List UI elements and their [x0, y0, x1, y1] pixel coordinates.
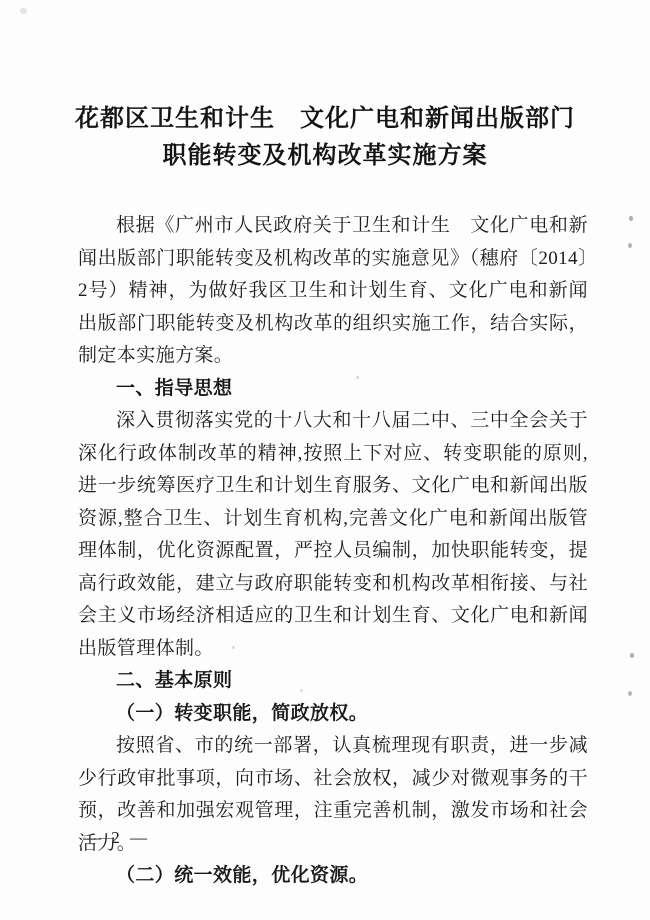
paragraph-intro: 根据《广州市人民政府关于卫生和计生 文化广电和新闻出版部门职能转变及机构改革的实…	[78, 210, 588, 373]
scan-speck	[356, 376, 359, 379]
document-body: 根据《广州市人民政府关于卫生和计生 文化广电和新闻出版部门职能转变及机构改革的实…	[78, 210, 588, 893]
scan-speck	[628, 243, 632, 248]
heading-basic-principles: 二、基本原则	[78, 665, 588, 698]
document-title-line2: 职能转变及机构改革实施方案	[40, 137, 610, 174]
scan-speck	[300, 689, 303, 692]
scan-speck	[20, 8, 27, 14]
scan-speck	[630, 653, 634, 658]
document-page: 花都区卫生和计生 文化广电和新闻出版部门 职能转变及机构改革实施方案 根据《广州…	[0, 0, 650, 920]
paragraph-principle-1: 按照省、市的统一部署，认真梳理现有职责，进一步减少行政审批事项，向市场、社会放权…	[78, 730, 588, 860]
scan-speck	[232, 646, 235, 649]
subheading-principle-2: （二）统一效能，优化资源。	[78, 860, 588, 893]
scan-speck	[628, 691, 632, 696]
heading-guiding-ideology: 一、指导思想	[78, 373, 588, 406]
paragraph-guiding-ideology: 深入贯彻落实党的十八大和十八届二中、三中全会关于深化行政体制改革的精神,按照上下…	[78, 405, 588, 665]
scan-speck	[629, 216, 633, 221]
subheading-principle-1: （一）转变职能，简政放权。	[78, 698, 588, 731]
page-number: — 2 —	[84, 828, 150, 848]
document-title: 花都区卫生和计生 文化广电和新闻出版部门 职能转变及机构改革实施方案	[40, 100, 610, 174]
document-title-line1: 花都区卫生和计生 文化广电和新闻出版部门	[40, 100, 610, 137]
